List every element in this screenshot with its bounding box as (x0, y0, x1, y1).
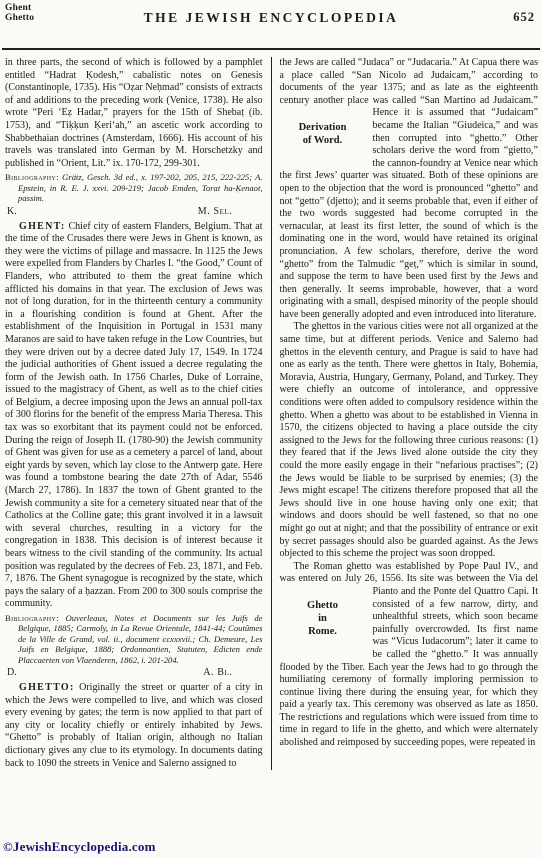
journal-title: THE JEWISH ENCYCLOPEDIA (0, 0, 542, 26)
cutin-heading-ghetto-in-rome: Ghetto in Rome. (280, 587, 366, 650)
left-column: in three parts, the second of which is f… (4, 57, 272, 770)
bibliography-block-2: Bibliography: Ouverleaux, Notes et Docum… (5, 613, 263, 665)
right-column: the Jews are called “Judaca” or “Judacar… (272, 57, 540, 770)
bibliography-label: Bibliography: (5, 613, 59, 623)
paragraph-derivation: the Jews are called “Judaca” or “Judacar… (280, 57, 539, 321)
entry-text-ghetto: Originally the street or quarter of a ci… (5, 682, 263, 769)
entry-term-ghent: GHENT: (19, 221, 66, 232)
page-header: Ghent Ghetto THE JEWISH ENCYCLOPEDIA 652 (0, 0, 542, 46)
paragraph-roman-ghetto: The Roman ghetto was established by Pope… (280, 561, 539, 750)
signature-line-2: D. A. Bl. (5, 666, 263, 682)
paragraph-ghettos-various-cities: The ghettos in the various cities were n… (280, 321, 539, 560)
author-abbreviation: M. Sel. (198, 206, 233, 218)
contributor-initial: K. (7, 206, 17, 218)
watermark-link[interactable]: ©JewishEncyclopedia.com (3, 839, 156, 854)
running-head: Ghent Ghetto (5, 3, 34, 23)
contributor-initial: D. (7, 667, 17, 679)
page-number: 652 (513, 10, 535, 25)
entry-ghetto: GHETTO: Originally the street or quarter… (5, 682, 263, 770)
entry-ghent: GHENT: Chief city of eastern Flanders, B… (5, 221, 263, 611)
entry-term-ghetto: GHETTO: (19, 682, 75, 693)
page-footer: ©JewishEncyclopedia.com (3, 838, 156, 856)
bibliography-block-1: Bibliography: Grätz, Gesch. 3d ed., x. 1… (5, 172, 263, 203)
bibliography-label: Bibliography: (5, 172, 59, 182)
text-columns: in three parts, the second of which is f… (0, 50, 542, 770)
entry-text-ghent: Chief city of eastern Flanders, Belgium.… (5, 221, 263, 610)
continuation-paragraph: in three parts, the second of which is f… (5, 57, 263, 170)
author-abbreviation: A. Bl. (203, 667, 232, 679)
signature-line-1: K. M. Sel. (5, 205, 263, 221)
encyclopedia-page: Ghent Ghetto THE JEWISH ENCYCLOPEDIA 652… (0, 0, 542, 858)
cutin-heading-derivation-of-word: Derivation of Word. (280, 108, 366, 160)
